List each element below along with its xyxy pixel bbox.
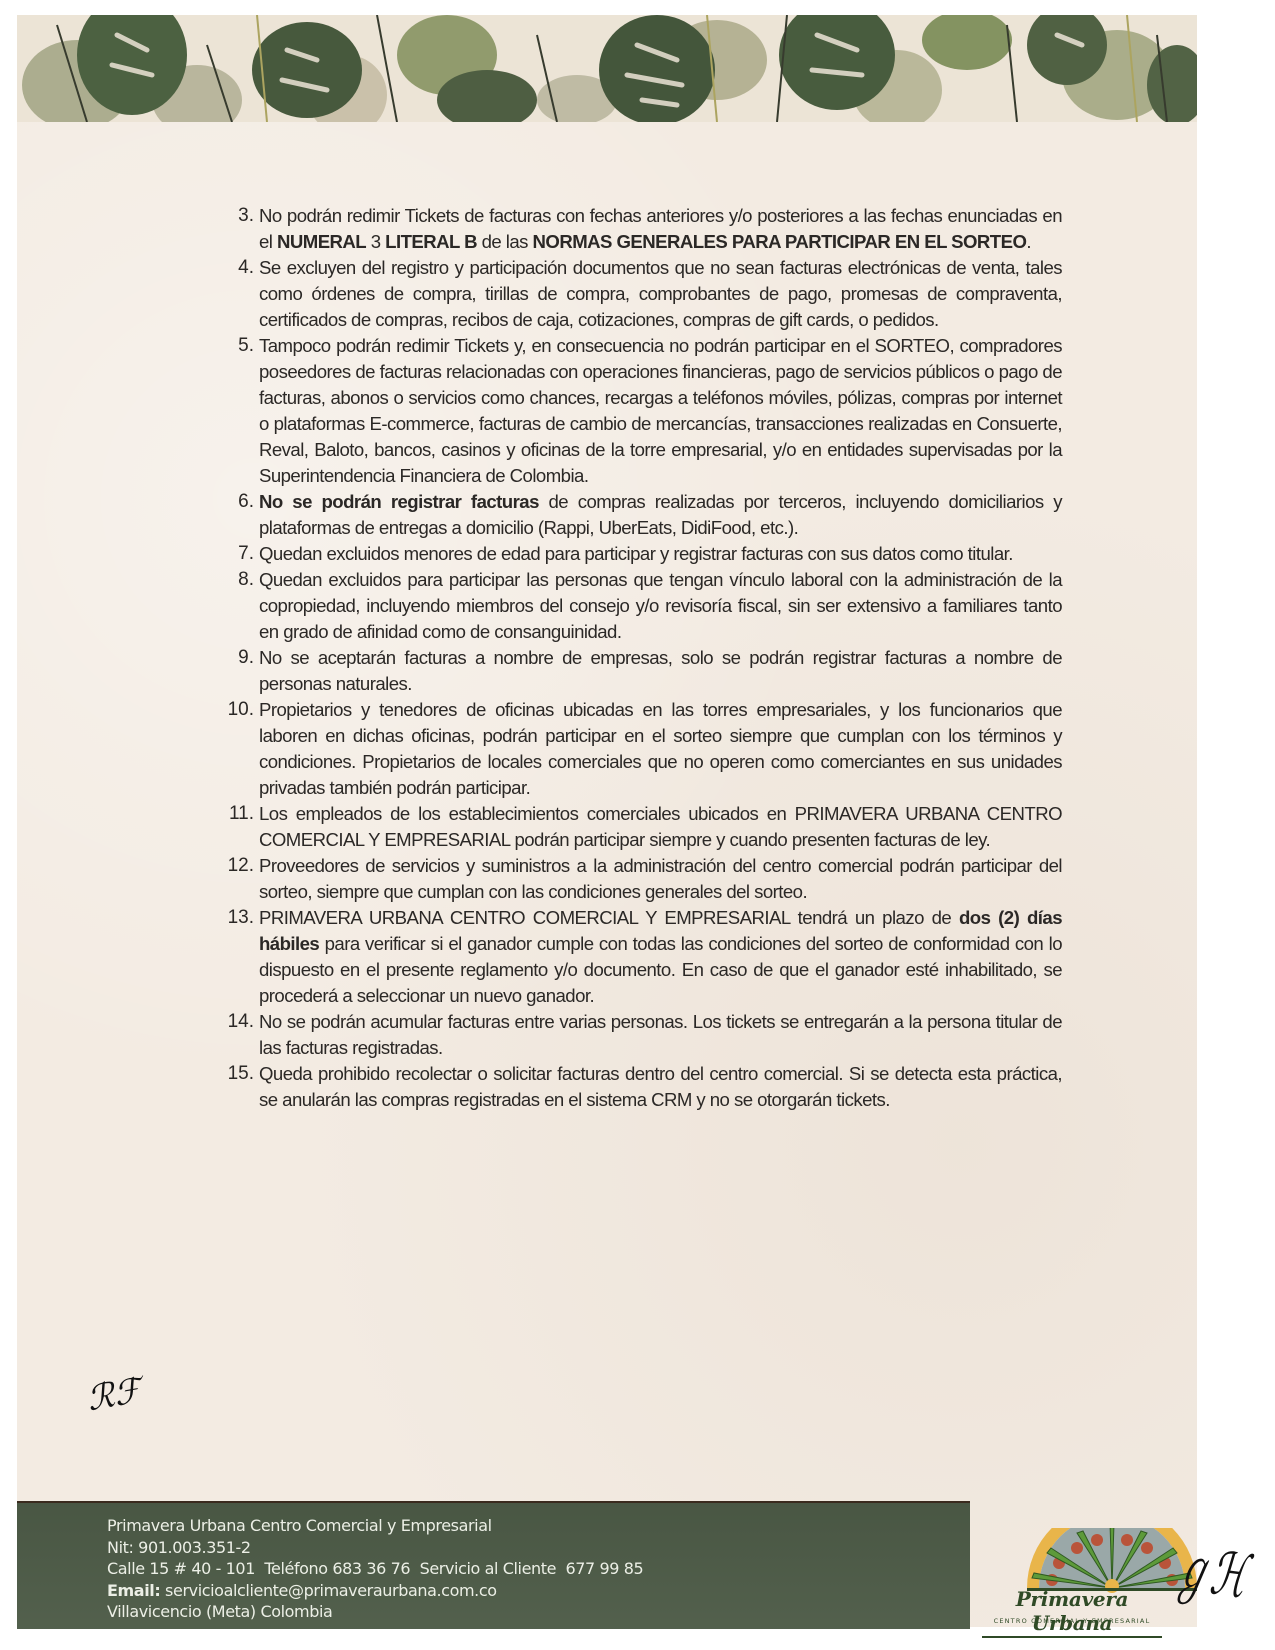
- logo-name: Primavera Urbana: [982, 1587, 1162, 1638]
- list-text: Tampoco podrán redimir Tickets y, en con…: [259, 333, 1062, 489]
- text-segment: Se excluyen del registro y participación…: [259, 257, 1062, 330]
- footer-city: Villavicencio (Meta) Colombia: [107, 1601, 643, 1623]
- list-item: 4.Se excluyen del registro y participaci…: [222, 255, 1062, 333]
- bold-text: NUMERAL: [277, 231, 366, 252]
- list-number: 14.: [220, 1009, 258, 1035]
- text-segment: Proveedores de servicios y suministros a…: [259, 855, 1062, 902]
- bold-text: LITERAL B: [385, 231, 477, 252]
- bold-text: NORMAS GENERALES PARA PARTICIPAR EN EL S…: [533, 231, 1027, 252]
- rules-section: 3.No podrán redimir Tickets de facturas …: [222, 203, 1062, 1113]
- list-number: 9.: [222, 645, 258, 671]
- text-segment: Los empleados de los establecimientos co…: [259, 803, 1062, 850]
- logo-subtitle: CENTRO COMERCIAL Y EMPRESARIAL: [982, 1617, 1162, 1625]
- list-item: 3.No podrán redimir Tickets de facturas …: [222, 203, 1062, 255]
- list-item: 9.No se aceptarán facturas a nombre de e…: [222, 645, 1062, 697]
- rules-list: 3.No podrán redimir Tickets de facturas …: [222, 203, 1062, 1113]
- list-number: 7.: [222, 541, 258, 567]
- list-text: Se excluyen del registro y participación…: [259, 255, 1062, 333]
- text-segment: para verificar si el ganador cumple con …: [259, 933, 1062, 1006]
- list-text: Los empleados de los establecimientos co…: [259, 801, 1062, 853]
- list-item: 13.PRIMAVERA URBANA CENTRO COMERCIAL Y E…: [222, 905, 1062, 1009]
- list-number: 13.: [220, 905, 258, 931]
- list-text: Propietarios y tenedores de oficinas ubi…: [259, 697, 1062, 801]
- list-number: 5.: [222, 333, 258, 359]
- text-segment: .: [1026, 231, 1031, 252]
- document-page: 3.No podrán redimir Tickets de facturas …: [17, 15, 1197, 1627]
- list-number: 4.: [222, 255, 258, 281]
- text-segment: 3: [366, 231, 385, 252]
- footer-company: Primavera Urbana Centro Comercial y Empr…: [107, 1515, 643, 1537]
- footer-band: Primavera Urbana Centro Comercial y Empr…: [17, 1501, 970, 1629]
- list-text: Queda prohibido recolectar o solicitar f…: [259, 1061, 1062, 1113]
- footer-contact: Primavera Urbana Centro Comercial y Empr…: [107, 1515, 643, 1623]
- footer-nit: Nit: 901.003.351-2: [107, 1537, 643, 1559]
- text-segment: de las: [477, 231, 533, 252]
- text-segment: Queda prohibido recolectar o solicitar f…: [259, 1063, 1062, 1110]
- text-segment: Tampoco podrán redimir Tickets y, en con…: [259, 335, 1062, 486]
- monstera-leaves-icon: [17, 15, 1197, 122]
- list-item: 5.Tampoco podrán redimir Tickets y, en c…: [222, 333, 1062, 489]
- list-item: 6.No se podrán registrar facturas de com…: [222, 489, 1062, 541]
- list-number: 6.: [222, 489, 258, 515]
- list-item: 7.Quedan excluidos menores de edad para …: [222, 541, 1062, 567]
- email-link[interactable]: servicioalcliente@primaveraurbana.com.co: [160, 1581, 496, 1600]
- email-label: Email:: [107, 1581, 160, 1600]
- footer-email: Email: servicioalcliente@primaveraurbana…: [107, 1580, 643, 1602]
- list-item: 14.No se podrán acumular facturas entre …: [222, 1009, 1062, 1061]
- handwritten-initials-right: ℊℋ: [1170, 1520, 1253, 1615]
- list-text: No podrán redimir Tickets de facturas co…: [259, 203, 1062, 255]
- list-text: Quedan excluidos para participar las per…: [259, 567, 1062, 645]
- list-item: 12.Proveedores de servicios y suministro…: [222, 853, 1062, 905]
- list-item: 11.Los empleados de los establecimientos…: [222, 801, 1062, 853]
- text-segment: Propietarios y tenedores de oficinas ubi…: [259, 699, 1062, 798]
- footer-address: Calle 15 # 40 - 101 Teléfono 683 36 76 S…: [107, 1558, 643, 1580]
- text-segment: Quedan excluidos menores de edad para pa…: [259, 543, 1013, 564]
- list-text: Proveedores de servicios y suministros a…: [259, 853, 1062, 905]
- list-text: PRIMAVERA URBANA CENTRO COMERCIAL Y EMPR…: [259, 905, 1062, 1009]
- list-number: 10.: [220, 697, 258, 723]
- bold-text: No se podrán registrar facturas: [259, 491, 539, 512]
- list-number: 12.: [220, 853, 258, 879]
- text-segment: No se aceptarán facturas a nombre de emp…: [259, 647, 1062, 694]
- text-segment: No se podrán acumular facturas entre var…: [259, 1011, 1062, 1058]
- list-number: 15.: [220, 1061, 258, 1087]
- list-number: 3.: [222, 203, 258, 229]
- list-item: 8.Quedan excluidos para participar las p…: [222, 567, 1062, 645]
- text-segment: PRIMAVERA URBANA CENTRO COMERCIAL Y EMPR…: [259, 907, 959, 928]
- list-number: 8.: [222, 567, 258, 593]
- leaf-banner: [17, 15, 1197, 122]
- list-text: No se podrán acumular facturas entre var…: [259, 1009, 1062, 1061]
- list-text: No se podrán registrar facturas de compr…: [259, 489, 1062, 541]
- text-segment: Quedan excluidos para participar las per…: [259, 569, 1062, 642]
- handwritten-initials-left: ℛℱ: [84, 1371, 144, 1420]
- list-number: 11.: [220, 801, 258, 827]
- list-text: Quedan excluidos menores de edad para pa…: [259, 541, 1062, 567]
- list-text: No se aceptarán facturas a nombre de emp…: [259, 645, 1062, 697]
- list-item: 15.Queda prohibido recolectar o solicita…: [222, 1061, 1062, 1113]
- list-item: 10.Propietarios y tenedores de oficinas …: [222, 697, 1062, 801]
